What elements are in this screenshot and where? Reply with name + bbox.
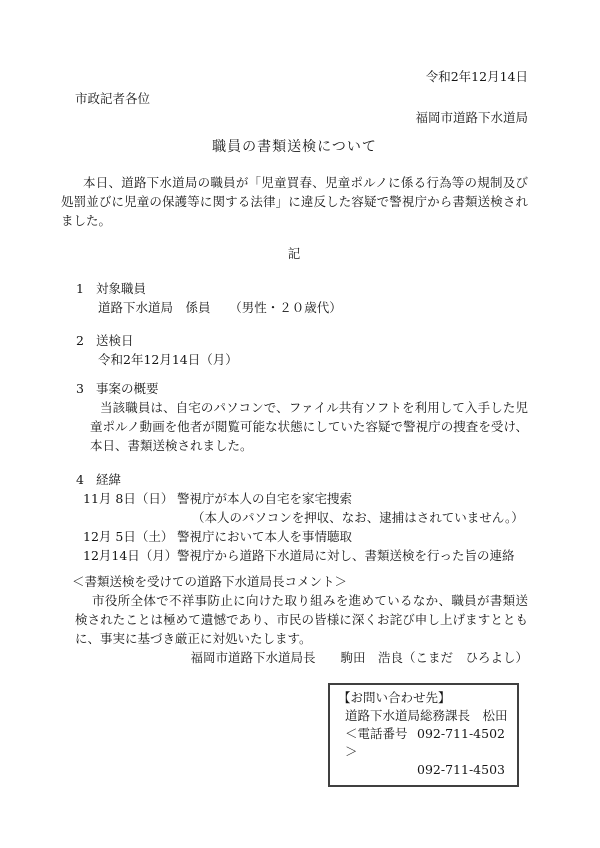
timeline-date: 11月 8日（日） xyxy=(83,489,177,508)
timeline-date: 12月 5日（土） xyxy=(83,527,177,546)
date-line: 令和2年12月14日 xyxy=(61,67,528,86)
timeline-desc: （本人のパソコンを押収、なお、逮捕はされていません。） xyxy=(177,508,528,527)
section-3-body: 当該職員は、自宅のパソコンで、ファイル共有ソフトを利用して入手した児童ポルノ動画… xyxy=(90,398,528,455)
timeline-desc: 警視庁において本人を事情聴取 xyxy=(177,527,528,546)
director-comment-block: ＜書類送検を受けての道路下水道局長コメント＞ 市役所全体で不祥事防止に向けた取り… xyxy=(61,572,528,667)
section-2-number: 2 xyxy=(76,331,96,350)
comment-body: 市役所全体で不祥事防止に向けた取り組みを進めているなか、職員が書類送検されたこと… xyxy=(75,591,528,648)
timeline-desc: 警視庁から道路下水道局に対し、書類送検を行った旨の連絡 xyxy=(177,546,528,565)
ki-marker: 記 xyxy=(61,244,528,263)
comment-heading: ＜書類送検を受けての道路下水道局長コメント＞ xyxy=(61,572,528,591)
timeline-date: 12月14日（月） xyxy=(83,546,177,565)
section-case-summary: 3 事案の概要 当該職員は、自宅のパソコンで、ファイル共有ソフトを利用して入手し… xyxy=(61,379,528,455)
section-4-heading: 経緯 xyxy=(96,470,121,489)
section-3-heading: 事案の概要 xyxy=(96,379,159,398)
section-target-employee: 1 対象職員 道路下水道局 係員 （男性・２０歳代） xyxy=(61,279,528,317)
contact-heading: 【お問い合わせ先】 xyxy=(338,689,511,707)
section-1-number: 1 xyxy=(76,279,96,298)
phone-number-2: 092-711-4503 xyxy=(338,761,511,779)
lead-paragraph: 本日、道路下水道局の職員が「児童買春、児童ポルノに係る行為等の規制及び処罰並びに… xyxy=(61,173,528,230)
phone-number-1: 092-711-4502 xyxy=(417,725,505,761)
phone-label: ＜電話番号＞ xyxy=(345,725,417,761)
section-3-number: 3 xyxy=(76,379,96,398)
timeline-row: 11月 8日（日） 警視庁が本人の自宅を家宅捜索 xyxy=(61,489,528,508)
signature-line: 福岡市道路下水道局長 駒田 浩良（こまだ ひろよし） xyxy=(61,648,528,667)
section-2-heading: 送検日 xyxy=(96,331,134,350)
timeline-row: 12月14日（月） 警視庁から道路下水道局に対し、書類送検を行った旨の連絡 xyxy=(61,546,528,565)
timeline-date xyxy=(83,508,177,527)
section-referral-date: 2 送検日 令和2年12月14日（月） xyxy=(61,331,528,369)
document-title: 職員の書類送検について xyxy=(61,137,528,157)
contact-person: 道路下水道局総務課長 松田 xyxy=(338,707,511,725)
contact-box: 【お問い合わせ先】 道路下水道局総務課長 松田 ＜電話番号＞ 092-711-4… xyxy=(328,683,519,787)
sender-organization: 福岡市道路下水道局 xyxy=(61,108,528,127)
section-4-number: 4 xyxy=(76,470,96,489)
timeline-row: （本人のパソコンを押収、なお、逮捕はされていません。） xyxy=(61,508,528,527)
timeline-row: 12月 5日（土） 警視庁において本人を事情聴取 xyxy=(61,527,528,546)
timeline-desc: 警視庁が本人の自宅を家宅捜索 xyxy=(177,489,528,508)
section-1-heading: 対象職員 xyxy=(96,279,146,298)
section-1-body: 道路下水道局 係員 （男性・２０歳代） xyxy=(98,298,528,317)
section-chronology: 4 経緯 11月 8日（日） 警視庁が本人の自宅を家宅捜索 （本人のパソコンを押… xyxy=(61,470,528,565)
press-release-page: 令和2年12月14日 市政記者各位 福岡市道路下水道局 職員の書類送検について … xyxy=(0,0,600,848)
addressee: 市政記者各位 xyxy=(61,89,528,108)
section-2-body: 令和2年12月14日（月） xyxy=(98,350,528,369)
